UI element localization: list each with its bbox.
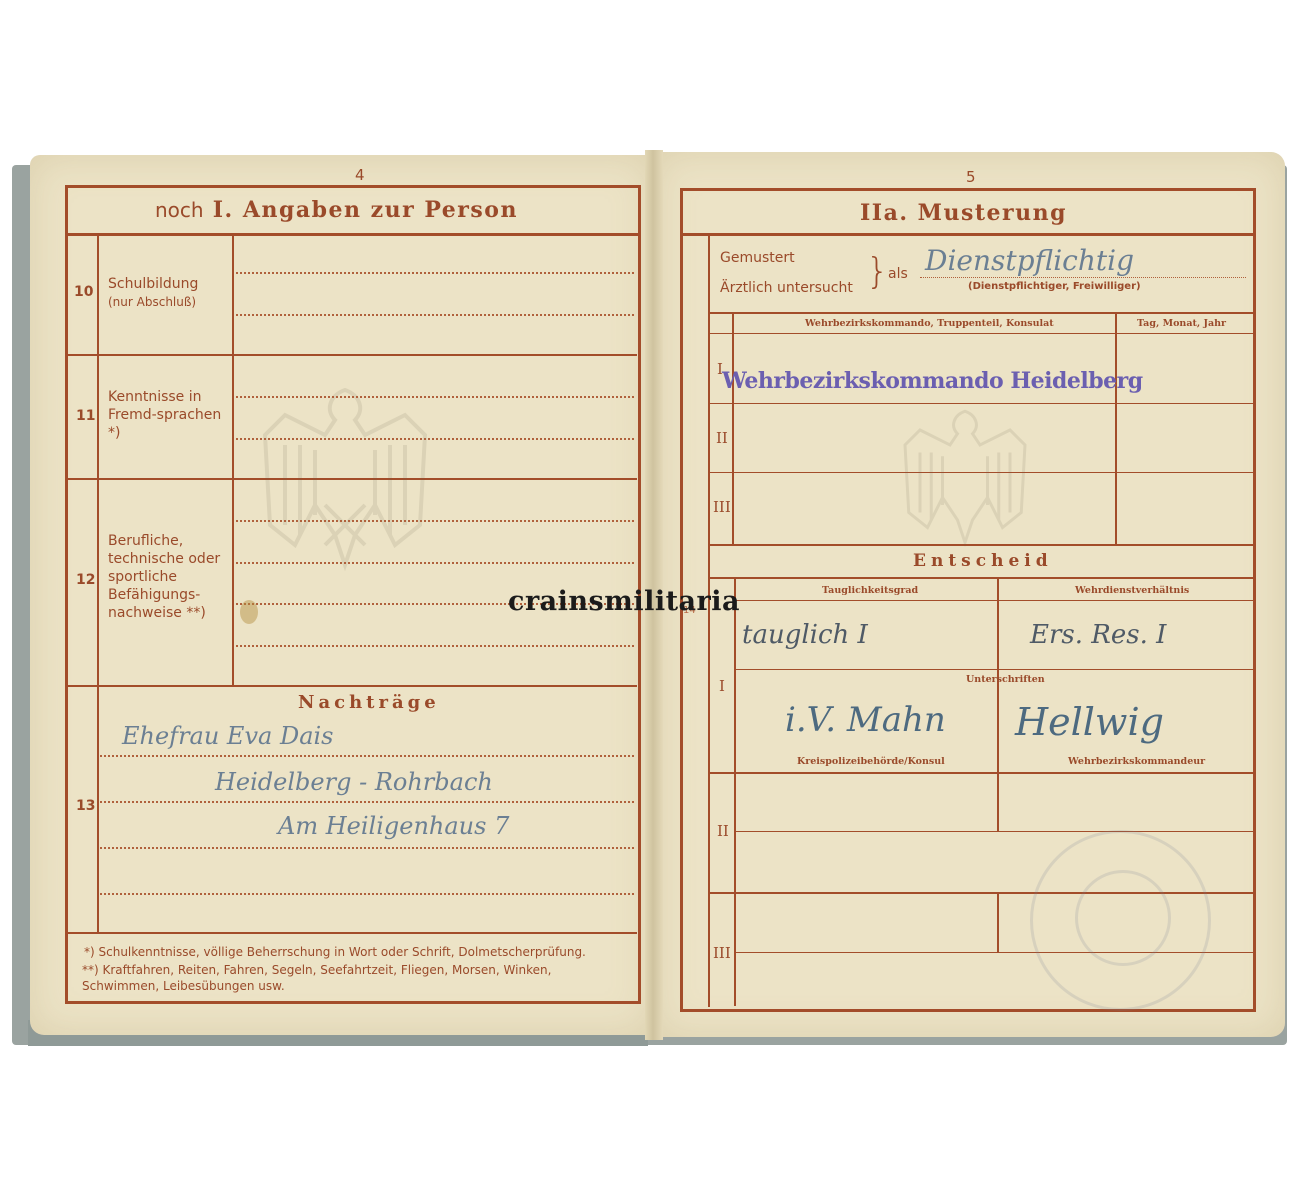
entry-line-12-1[interactable] bbox=[236, 520, 634, 522]
signature-right[interactable]: Hellwig bbox=[1015, 700, 1164, 744]
handwritten-relation[interactable]: Ers. Res. I bbox=[1030, 620, 1166, 650]
header-date: Tag, Monat, Jahr bbox=[1137, 318, 1226, 329]
row-number-11: 11 bbox=[76, 408, 95, 424]
entry-line-11-2[interactable] bbox=[236, 438, 634, 440]
label-unterschriften: Unterschriften bbox=[966, 674, 1045, 685]
row-number-12: 12 bbox=[76, 572, 95, 588]
handwritten-city[interactable]: Heidelberg - Rohrbach bbox=[215, 768, 493, 796]
entry-line-11-1[interactable] bbox=[236, 396, 634, 398]
stamp-wehrbezirkskommando: Wehrbezirkskommando Heidelberg bbox=[722, 368, 1143, 394]
entry-line-12-2[interactable] bbox=[236, 562, 634, 564]
entry-line-12-4[interactable] bbox=[236, 645, 634, 647]
left-page-title: noch I. Angaben zur Person bbox=[155, 197, 518, 223]
watermark-text: crainsmilitaria bbox=[508, 586, 740, 617]
row-roman-III: III bbox=[713, 498, 731, 516]
row-label-fremdsprachen: Kenntnisse in Fremd-sprachen *) bbox=[108, 388, 228, 442]
label-wehrbezirkskommandeur: Wehrbezirkskommandeur bbox=[1068, 756, 1205, 767]
row-roman-II: II bbox=[716, 429, 728, 447]
header-wehrdienstverhaeltnis: Wehrdienstverhältnis bbox=[1075, 585, 1189, 596]
label-kreispolizeibehoerde: Kreispolizeibehörde/Konsul bbox=[797, 756, 945, 767]
label-gemustert: Gemustert bbox=[720, 250, 795, 266]
stain bbox=[240, 600, 258, 624]
page-number-left: 4 bbox=[355, 166, 365, 184]
entry-line-10-2[interactable] bbox=[236, 314, 634, 316]
footnote-1: *) Schulkenntnisse, völlige Beherrschung… bbox=[84, 944, 629, 960]
row-label-schulbildung: Schulbildung (nur Abschluß) bbox=[108, 275, 228, 311]
row-number-10: 10 bbox=[74, 284, 93, 300]
handwritten-gemustert-als[interactable]: Dienstpflichtig bbox=[925, 244, 1134, 277]
row-number-13: 13 bbox=[76, 798, 95, 814]
entscheid-roman-III: III bbox=[713, 944, 731, 962]
entscheid-roman-I: I bbox=[719, 677, 725, 695]
hint-dienstpflichtiger: (Dienstpflichtiger, Freiwilliger) bbox=[968, 281, 1141, 292]
header-unit: Wehrbezirkskommando, Truppenteil, Konsul… bbox=[805, 318, 1054, 329]
label-aerztlich-untersucht: Ärztlich untersucht bbox=[720, 280, 853, 296]
entscheid-title: Entscheid bbox=[913, 551, 1053, 571]
signature-left[interactable]: i.V. Mahn bbox=[785, 700, 946, 740]
page-number-right: 5 bbox=[966, 168, 976, 186]
nachtraege-title: Nachträge bbox=[298, 692, 440, 713]
handwritten-grade[interactable]: tauglich I bbox=[742, 620, 868, 650]
footnote-2: **) Kraftfahren, Reiten, Fahren, Segeln,… bbox=[82, 962, 630, 994]
eagle-watermark-icon bbox=[880, 400, 1050, 550]
handwritten-street[interactable]: Am Heiligenhaus 7 bbox=[278, 812, 509, 840]
handwritten-spouse[interactable]: Ehefrau Eva Dais bbox=[122, 722, 334, 750]
label-als: als bbox=[888, 266, 908, 282]
right-page-title: IIa. Musterung bbox=[860, 200, 1067, 226]
entscheid-roman-II: II bbox=[717, 822, 729, 840]
brace: } bbox=[866, 252, 889, 292]
row-label-befaehigungsnachweise: Berufliche, technische oder sportliche B… bbox=[108, 532, 230, 622]
entry-line-10-1[interactable] bbox=[236, 272, 634, 274]
eagle-watermark-icon bbox=[255, 375, 435, 575]
header-tauglichkeitsgrad: Tauglichkeitsgrad bbox=[822, 585, 918, 596]
